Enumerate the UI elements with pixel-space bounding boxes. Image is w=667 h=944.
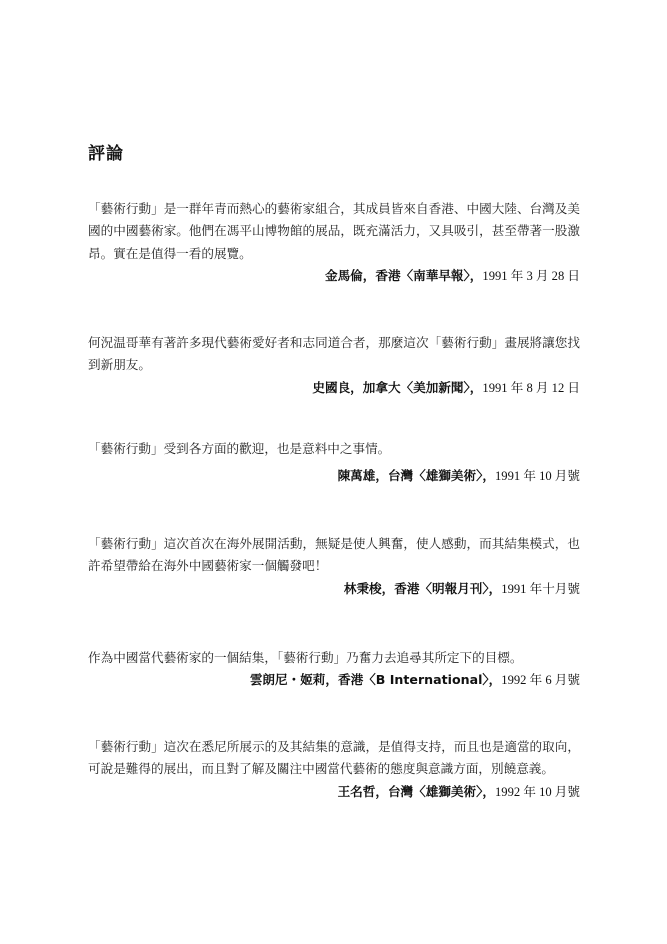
quote-attribution: 史國良，加拿大〈美加新聞〉，1991 年 8 月 12 日 <box>88 377 580 399</box>
review-quote-6: 「藝術行動」這次在悉尼所展示的及其結集的意識，是值得支持，而且也是適當的取向，可… <box>88 736 580 803</box>
quote-text: 何況温哥華有著許多現代藝術愛好者和志同道合者，那麼這次「藝術行動」畫展將讓您找到… <box>88 332 580 377</box>
quote-text: 「藝術行動」這次在悉尼所展示的及其結集的意識，是值得支持，而且也是適當的取向，可… <box>88 736 580 781</box>
attribution-date: 1991 年 10 月號 <box>495 469 580 483</box>
attribution-source: 雲朗尼・姬莉，香港〈B International〉， <box>250 672 501 687</box>
review-quote-5: 作為中國當代藝術家的一個結集，「藝術行動」乃奮力去追尋其所定下的目標。 雲朗尼・… <box>88 647 580 691</box>
quote-text: 「藝術行動」受到各方面的歡迎，也是意料中之事情。 <box>88 438 580 460</box>
review-quote-3: 「藝術行動」受到各方面的歡迎，也是意料中之事情。 陳萬雄，台灣〈雄獅美術〉，19… <box>88 438 580 487</box>
page-title: 評論 <box>88 139 124 164</box>
attribution-date: 1992 年 6 月號 <box>501 673 580 687</box>
attribution-source: 林秉梭，香港〈明報月刊〉， <box>344 581 501 596</box>
attribution-date: 1991 年 8 月 12 日 <box>482 381 580 395</box>
attribution-source: 王名哲，台灣〈雄獅美術〉， <box>338 784 495 799</box>
attribution-source: 陳萬雄，台灣〈雄獅美術〉， <box>338 468 495 483</box>
quote-attribution: 雲朗尼・姬莉，香港〈B International〉，1992 年 6 月號 <box>88 669 580 691</box>
quote-attribution: 王名哲，台灣〈雄獅美術〉，1992 年 10 月號 <box>88 781 580 803</box>
attribution-date: 1991 年 3 月 28 日 <box>482 269 580 283</box>
review-quote-1: 「藝術行動」是一群年青而熱心的藝術家組合，其成員皆來自香港、中國大陸、台灣及美國… <box>88 198 580 287</box>
quote-attribution: 林秉梭，香港〈明報月刊〉，1991 年十月號 <box>88 578 580 600</box>
quote-attribution: 陳萬雄，台灣〈雄獅美術〉，1991 年 10 月號 <box>88 465 580 487</box>
attribution-date: 1992 年 10 月號 <box>495 785 580 799</box>
review-quote-4: 「藝術行動」這次首次在海外展開活動，無疑是使人興奮，使人感動，而其結集模式，也許… <box>88 533 580 600</box>
quote-text: 「藝術行動」這次首次在海外展開活動，無疑是使人興奮，使人感動，而其結集模式，也許… <box>88 533 580 578</box>
quote-attribution: 金馬倫，香港〈南華早報〉，1991 年 3 月 28 日 <box>88 265 580 287</box>
attribution-source: 史國良，加拿大〈美加新聞〉， <box>312 380 482 395</box>
attribution-source: 金馬倫，香港〈南華早報〉， <box>325 268 482 283</box>
quote-text: 「藝術行動」是一群年青而熱心的藝術家組合，其成員皆來自香港、中國大陸、台灣及美國… <box>88 198 580 265</box>
quote-text: 作為中國當代藝術家的一個結集，「藝術行動」乃奮力去追尋其所定下的目標。 <box>88 647 580 669</box>
review-quote-2: 何況温哥華有著許多現代藝術愛好者和志同道合者，那麼這次「藝術行動」畫展將讓您找到… <box>88 332 580 399</box>
attribution-date: 1991 年十月號 <box>501 582 580 596</box>
